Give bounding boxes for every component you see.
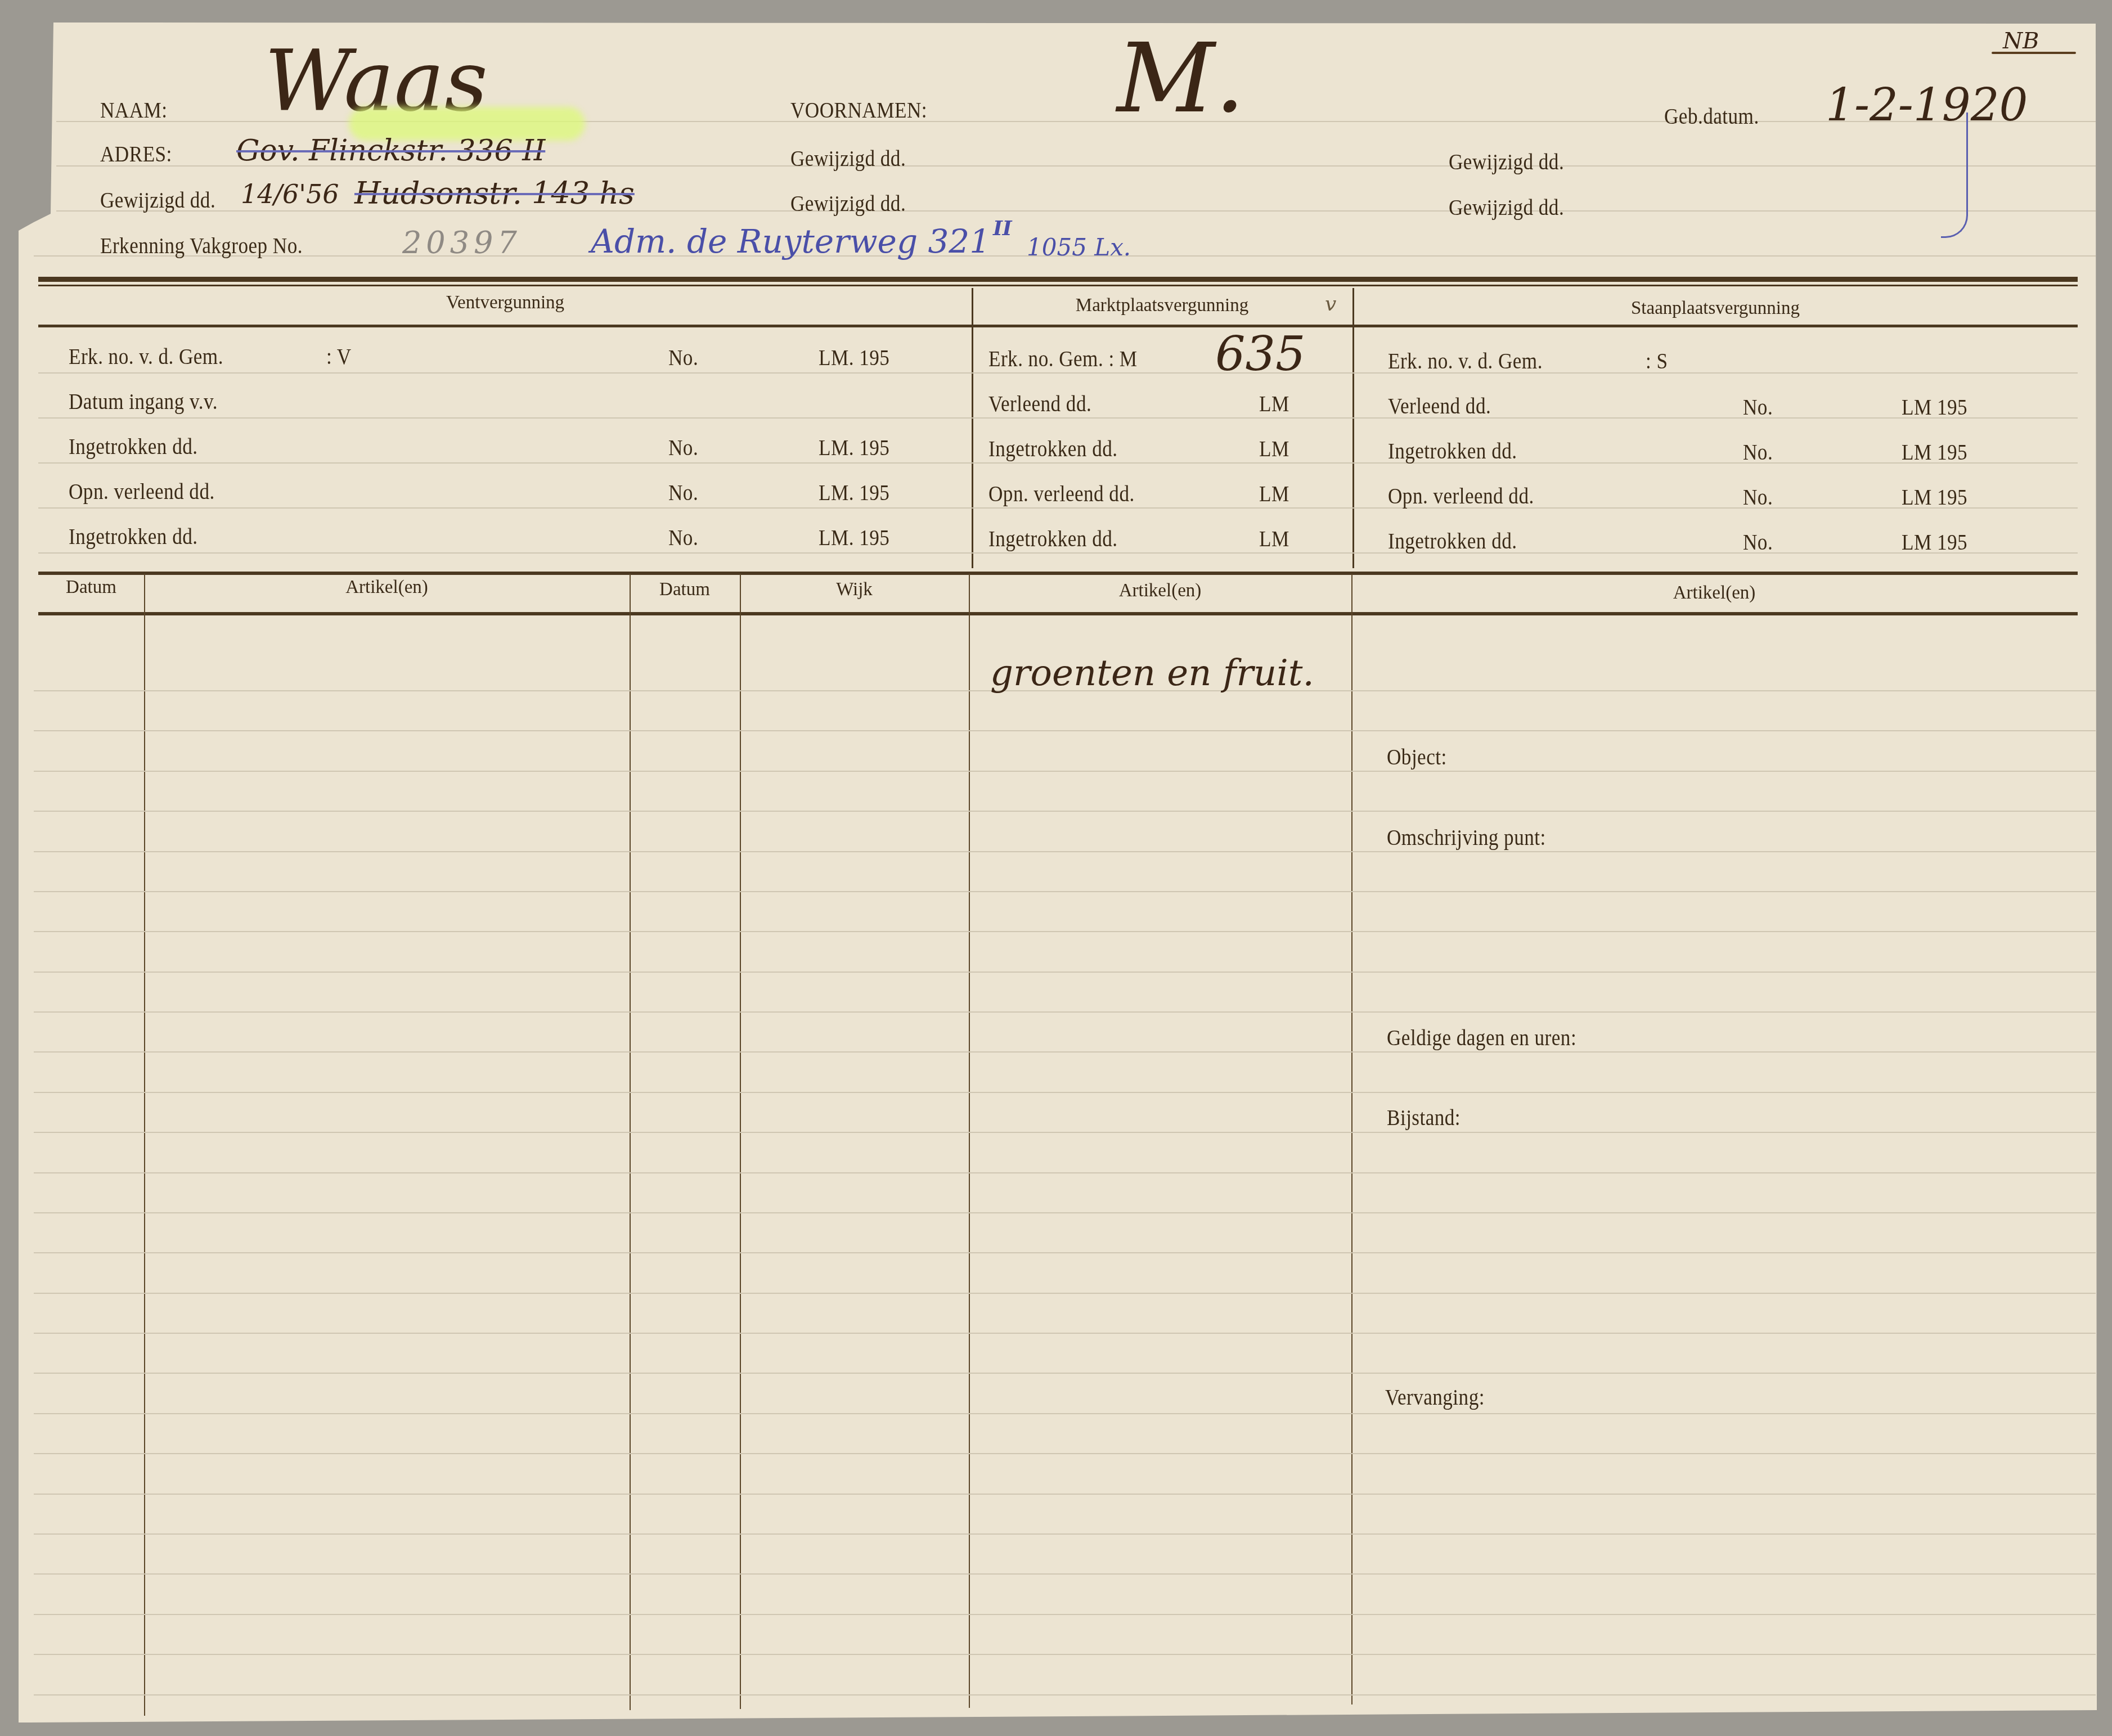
corner-mark: NB (2003, 28, 2039, 54)
divider-thin (38, 285, 2078, 286)
gewijzigd-label-2: Gewijzigd dd. (790, 145, 906, 172)
staan-row-lm: LM 195 (1902, 394, 1967, 420)
col-header-datum-1: Datum (38, 577, 144, 598)
markt-row-lm: LM (1259, 390, 1289, 417)
markt-row-lm: LM (1259, 480, 1289, 507)
vervanging-label: Vervanging: (1385, 1384, 1485, 1410)
geb-datum-value[interactable]: 1-2-1920 (1826, 79, 2028, 131)
current-address-floor: II (993, 217, 1012, 240)
bijstand-label: Bijstand: (1387, 1104, 1461, 1131)
gewijzigd-label-3: Gewijzigd dd. (790, 190, 906, 217)
staan-row-no: No. (1743, 439, 1773, 465)
vent-row-label: Ingetrokken dd. (69, 523, 197, 550)
markt-artikelen-value[interactable]: groenten en fruit. (990, 653, 1314, 694)
staan-row-no: No. (1743, 484, 1773, 510)
check-mark: v (1325, 293, 1336, 316)
markt-row-label: Opn. verleend dd. (988, 480, 1135, 507)
adres-value[interactable]: Gov. Flinckstr. 336 II (236, 134, 545, 168)
geb-datum-label: Geb.datum. (1664, 103, 1759, 129)
gewijzigd-label-4: Gewijzigd dd. (1449, 149, 1564, 175)
staan-row-no: No. (1743, 394, 1773, 420)
voornamen-label: VOORNAMEN: (790, 97, 927, 123)
col-header-wijk: Wijk (740, 579, 969, 600)
gewijzigd-label-1: Gewijzigd dd. (100, 187, 215, 213)
vdivider (144, 574, 145, 1716)
gewijzigd-label-5: Gewijzigd dd. (1449, 194, 1564, 221)
vent-row-lm: LM. 195 (819, 524, 889, 551)
markt-erk-value[interactable]: 635 (1215, 326, 1305, 381)
section-title-markt: Marktplaatsvergunning (972, 295, 1352, 316)
staan-row-no: No. (1743, 529, 1773, 555)
omschrijving-label: Omschrijving punt: (1387, 824, 1546, 851)
geldige-label: Geldige dagen en uren: (1387, 1024, 1576, 1051)
vent-row-no: No. (668, 434, 698, 461)
naam-label: NAAM: (100, 97, 168, 123)
gewijzigd-1-date[interactable]: 14/6'56 (241, 179, 339, 209)
section-title-vent: Ventvergunning (38, 293, 972, 313)
col-header-artikelen-2: Artikel(en) (969, 581, 1351, 601)
corner-mark-underline (1992, 52, 2076, 54)
markt-row-lm: LM (1259, 435, 1289, 462)
staan-row-label: Ingetrokken dd. (1388, 438, 1517, 464)
vdivider (969, 574, 970, 1708)
staan-row-prefix: : S (1646, 348, 1668, 374)
vdivider-markt (972, 288, 973, 568)
staan-row-label: Opn. verleend dd. (1388, 483, 1534, 509)
voornamen-value[interactable]: M. (1117, 31, 1245, 127)
lower-top-line (38, 572, 2078, 575)
staan-row-label: Ingetrokken dd. (1388, 528, 1517, 554)
rule (38, 372, 2078, 374)
staan-row-lm: LM 195 (1902, 529, 1967, 555)
vent-row-lm: LM. 195 (819, 434, 889, 461)
adres-label: ADRES: (100, 141, 172, 167)
col-header-artikelen-1: Artikel(en) (144, 577, 630, 598)
vent-row-no: No. (668, 479, 698, 506)
vent-row-label: Opn. verleend dd. (69, 478, 215, 505)
section-title-staan: Staanplaatsvergunning (1352, 298, 2078, 319)
vent-row-label: Ingetrokken dd. (69, 433, 197, 460)
lower-header-line (38, 612, 2078, 615)
markt-row-lm: LM (1259, 525, 1289, 552)
vent-row-lm: LM. 195 (819, 344, 889, 371)
vdivider (1351, 574, 1352, 1704)
staan-row-label: Erk. no. v. d. Gem. (1388, 348, 1543, 374)
vdivider (740, 574, 741, 1709)
staan-row-lm: LM 195 (1902, 439, 1967, 465)
vent-row-no: No. (668, 344, 698, 371)
divider-thick (38, 277, 2078, 282)
markt-row-label: Erk. no. Gem. : M (988, 345, 1138, 372)
vent-row-prefix: : V (326, 343, 352, 370)
staan-row-lm: LM 195 (1902, 484, 1967, 510)
gewijzigd-1-value[interactable]: Hudsonstr. 143 hs (354, 176, 635, 211)
col-header-datum-2: Datum (630, 579, 740, 600)
object-label: Object: (1387, 744, 1447, 770)
current-address[interactable]: Adm. de Ruyterweg 321 (591, 222, 990, 260)
vent-row-label: Datum ingang v.v. (69, 388, 218, 415)
markt-row-label: Verleend dd. (988, 390, 1091, 417)
vent-row-label: Erk. no. v. d. Gem. (69, 343, 223, 370)
col-header-artikelen-3: Artikel(en) (1351, 583, 2077, 604)
current-postcode[interactable]: 1055 Lx. (1027, 233, 1131, 261)
staan-row-label: Verleend dd. (1388, 393, 1491, 419)
vent-row-lm: LM. 195 (819, 479, 889, 506)
section-header-line (38, 325, 2078, 327)
vdivider (630, 574, 631, 1710)
markt-row-label: Ingetrokken dd. (988, 435, 1117, 462)
erkenning-label: Erkenning Vakgroep No. (100, 232, 303, 259)
bracket-mark (1941, 113, 1968, 238)
erkenning-value[interactable]: 20397 (402, 225, 522, 260)
vent-row-no: No. (668, 524, 698, 551)
vdivider-staan (1352, 288, 1354, 568)
markt-row-label: Ingetrokken dd. (988, 525, 1117, 552)
